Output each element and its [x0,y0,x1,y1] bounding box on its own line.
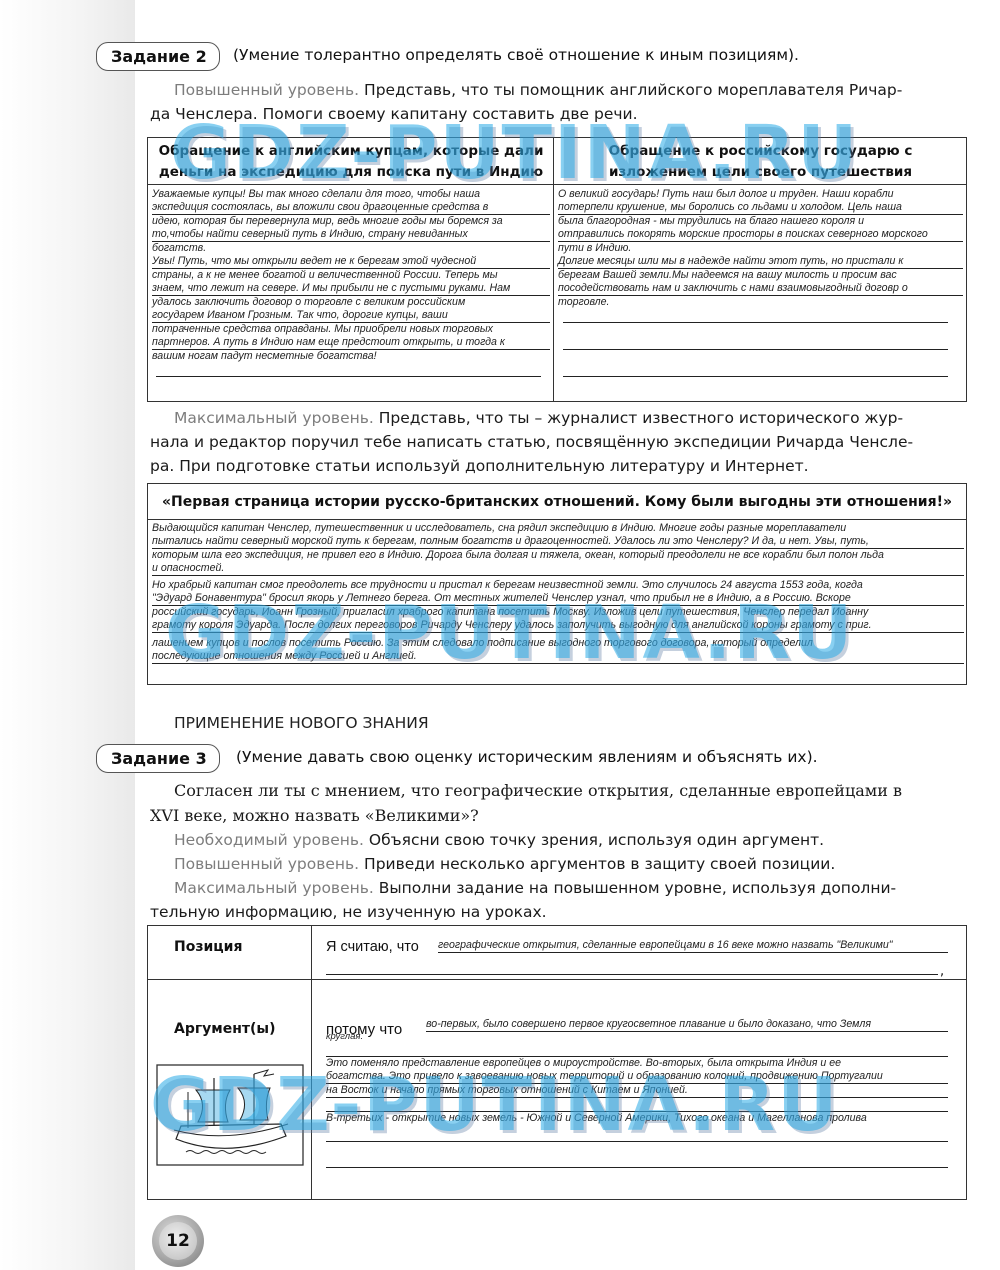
position-answer[interactable]: географические открытия, сделанные европ… [438,939,948,953]
task-2-description: (Умение толерантно определять своё отнош… [233,46,799,64]
answer-line: богатств. [152,242,550,255]
answer-line: то,чтобы найти северный путь в Индию, ст… [152,228,550,242]
level-text: Объясни свою точку зрения, используя оди… [364,831,824,849]
level-text: тельную информацию, не изученную на урок… [150,900,965,924]
answer-line: и опасностей. [152,562,964,576]
section-heading: ПРИМЕНЕНИЕ НОВОГО ЗНАНИЯ [174,714,429,732]
prompt-text: Представь, что ты помощник английского м… [359,81,902,99]
row-divider [148,979,966,980]
page-number: 12 [159,1222,197,1260]
right-column-header: Обращение к российскому государю с излож… [558,141,963,183]
prompt-text: нала и редактор поручил тебе написать ст… [150,430,965,454]
answer-line: "Эдуард Бонавентура" бросил якорь у Летн… [152,592,964,606]
answer-line: лашением купцов и послов посетить Россию… [152,637,964,650]
level-label: Повышенный уровень. [174,81,359,99]
speeches-table: Обращение к английским купцам, которые д… [147,137,967,402]
argument-answer-body[interactable]: Это поменяло представление европейцев о … [326,1056,948,1098]
answer-line: партнеров. А путь в Индию нам еще предст… [152,336,550,350]
header-divider [148,184,966,185]
answer-line: богатства. Это привело к завоеванию новы… [326,1070,948,1084]
answer-line: берегам Вашей земли.Мы надеемся на вашу … [558,269,963,282]
prompt-text: ра. При подготовке статьи используй допо… [150,454,965,478]
position-arguments-table: Позиция Я считаю, что географические отк… [147,925,967,1200]
task-3-description: (Умение давать свою оценку историческим … [236,748,818,766]
article-box: «Первая страница истории русско-британск… [147,483,967,685]
argument-answer-last[interactable]: В-третьих - открытие новых земель - Южно… [326,1111,948,1125]
position-label: Позиция [174,939,242,955]
task-2-prompt-maximum: Максимальный уровень. Представь, что ты … [150,406,965,478]
question-text: XVI веке, можно назвать «Великими»? [150,803,965,828]
answer-line: государем Иваном Грозным. Так что, дорог… [152,309,550,323]
answer-line: пытались найти северный морской путь к б… [152,535,964,549]
answer-line: которым шла его экспедиция, не привел ег… [152,549,964,562]
blank-answer-line [156,376,541,377]
answer-line: российский государь, Иоанн Грозный, приг… [152,606,964,619]
blank-answer-line [326,1167,948,1168]
task-3-badge: Задание 3 [96,744,220,773]
article-title: «Первая страница истории русско-британск… [148,492,966,513]
blank-answer-line [563,376,948,377]
answer-line: пути в Индию. [558,242,963,255]
level-label: Повышенный уровень. [174,855,359,873]
answer-line: потерпели крушение, мы боролись со льдам… [558,201,963,215]
answer-line: О великий государь! Путь наш был долог и… [558,188,963,201]
task-2-badge: Задание 2 [96,42,220,71]
answer-line: идею, которая бы перевернула мир, ведь м… [152,215,550,228]
answer-line: экспедиция состоялась, вы вложили свои д… [152,201,550,215]
answer-line: знаем, что лежит на севере. И мы прибыли… [152,282,550,296]
level-label: Максимальный уровень. [174,879,374,897]
argument-answer-wrap: круглая. [326,1030,363,1043]
merchants-speech-answer[interactable]: Уважаемые купцы! Вы так много сделали дл… [152,188,550,363]
question-text: Согласен ли ты с мнением, что географиче… [150,778,965,803]
answer-line: отправились покорять морские просторы в … [558,228,963,242]
answer-line: посодействовать нам и заключить с нами в… [558,282,963,296]
answer-line: Это поменяло представление европейцев о … [326,1056,948,1070]
answer-line: потраченные средства оправданы. Мы приоб… [152,323,550,336]
page-number-badge: 12 [152,1215,204,1267]
blank-answer-line [563,322,948,323]
prompt-text: да Ченслера. Помоги своему капитану сост… [150,102,965,126]
answer-line: Уважаемые купцы! Вы так много сделали дл… [152,188,550,201]
argument-label: Аргумент(ы) [174,1021,275,1037]
answer-line: страны, а к не менее богатой и величеств… [152,269,550,282]
prompt-text: Представь, что ты – журналист известного… [374,409,903,427]
column-divider [553,138,554,401]
answer-line: Но храбрый капитан смог преодолеть все т… [152,579,964,592]
position-prefix: Я считаю, что [326,939,419,955]
answer-line: была благородная - мы трудились на благо… [558,215,963,228]
answer-line: грамоту короля Эдуарда. После долгих пер… [152,619,964,633]
answer-line: вашим ногам падут несметные богатства! [152,350,550,363]
answer-line: удалось заключить договор о торговле с в… [152,296,550,309]
argument-answer-line-1[interactable]: во-первых, было совершено первое кругосв… [426,1018,948,1032]
article-answer[interactable]: Выдающийся капитан Ченслер, путешественн… [152,522,964,664]
task-3-question: Согласен ли ты с мнением, что географиче… [150,778,965,828]
answer-line: Долгие месяцы шли мы в надежде найти это… [558,255,963,269]
tsar-speech-answer[interactable]: О великий государь! Путь наш был долог и… [558,188,963,309]
level-label: Необходимый уровень. [174,831,364,849]
page-gutter-shadow [0,0,135,1270]
level-text: Выполни задание на повышенном уровне, ис… [374,879,896,897]
answer-line: на Восток и начало прямых торговых отнош… [326,1084,948,1098]
task-2-prompt-advanced: Повышенный уровень. Представь, что ты по… [150,78,965,126]
answer-line: Увы! Путь, что мы открыли ведет не к бер… [152,255,550,269]
answer-line: последующие отношения между Россией и Ан… [152,650,964,664]
blank-answer-line [326,974,938,975]
task-3-levels: Необходимый уровень. Объясни свою точку … [150,828,965,924]
level-label: Максимальный уровень. [174,409,374,427]
column-divider [311,926,312,1199]
blank-answer-line [563,349,948,350]
sailing-ship-icon [156,1064,304,1166]
level-text: Приведи несколько аргументов в защиту св… [359,855,835,873]
header-divider [148,519,966,520]
answer-line: торговле. [558,296,963,309]
left-column-header: Обращение к английским купцам, которые д… [152,141,550,183]
comma: , [940,964,944,979]
answer-line: Выдающийся капитан Ченслер, путешественн… [152,522,964,535]
blank-answer-line [326,1141,948,1142]
